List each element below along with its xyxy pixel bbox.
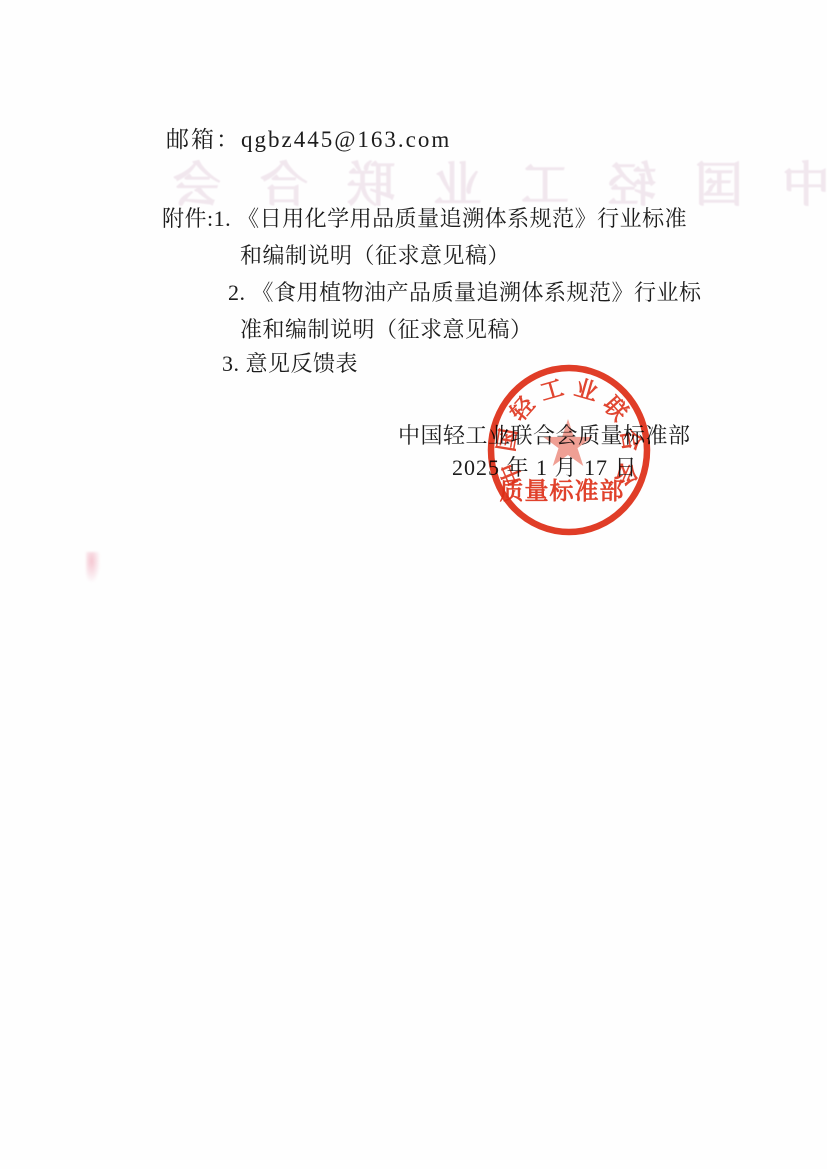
seal-arc-char: 国 xyxy=(494,427,522,454)
attachment-item-2-line-2: 准和编制说明（征求意见稿） xyxy=(240,313,533,344)
attachment-item-2-line-1: 2. 《食用植物油产品质量追溯体系规范》行业标 xyxy=(228,276,702,307)
attachment-item-3: 3. 意见反馈表 xyxy=(222,347,358,378)
attachment-item-1-line-1: 附件:1. 《日用化学用品质量追溯体系规范》行业标准 xyxy=(162,202,687,233)
official-seal-stamp: 中国轻工业联合会 质量标准部 xyxy=(484,362,656,540)
scanned-document-page: 中国轻工业联合会 邮箱：qgbz445@163.com 附件:1. 《日用化学用… xyxy=(0,0,827,1169)
email-line: 邮箱：qgbz445@163.com xyxy=(166,121,451,154)
seal-star-icon xyxy=(543,419,592,466)
seal-arc-char: 合 xyxy=(616,426,645,453)
seal-arc-char: 业 xyxy=(572,375,601,405)
seal-bottom-text: 质量标准部 xyxy=(500,477,625,505)
seal-arc-char: 工 xyxy=(537,375,566,405)
attachment-item-1-line-2: 和编制说明（征求意见稿） xyxy=(240,239,510,270)
scan-smudge-artifact xyxy=(86,552,100,582)
